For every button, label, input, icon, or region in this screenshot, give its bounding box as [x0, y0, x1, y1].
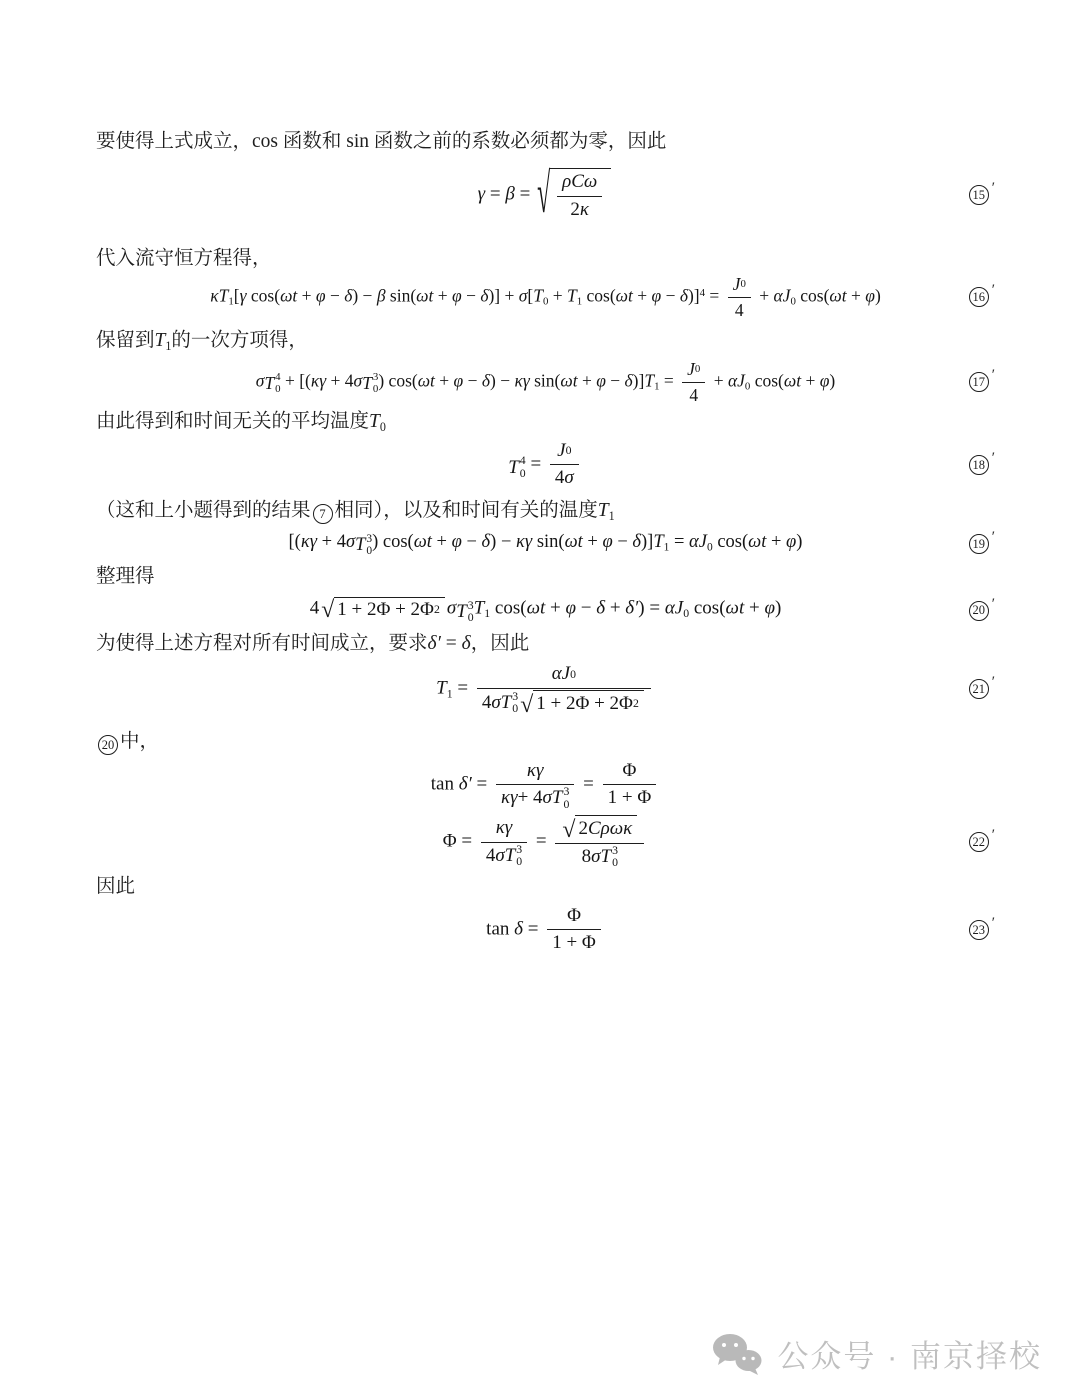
math-text: Φ [567, 904, 581, 929]
prime-mark: ′ [992, 282, 995, 299]
fraction: J04 [728, 273, 751, 322]
math-variable: ρCω [562, 170, 597, 195]
math-text: 4 [486, 844, 496, 869]
math-variable: δ [680, 285, 688, 305]
radicand: 1 + 2Φ + 2Φ2 [533, 690, 644, 717]
math-variable: δ [632, 532, 641, 552]
math-text: 4 [482, 691, 492, 716]
paragraph: 因此 [96, 873, 995, 901]
math-variable: β [377, 285, 386, 305]
numerator: Φ [547, 904, 601, 931]
math-variable: σ [564, 466, 573, 491]
math-text: )] [688, 285, 700, 305]
math-text: 由此得到和时间无关的平均温度 [96, 411, 369, 432]
math-text: cos( [796, 285, 830, 305]
circled-number: 16 [969, 287, 989, 307]
math-variable: ωt [418, 370, 435, 390]
math-variable: φ [764, 598, 775, 619]
subscript: 0 [695, 362, 700, 376]
math-text: 整理得 [96, 566, 155, 587]
base-with-scripts: T30 [601, 845, 618, 870]
math-text: 4 [555, 466, 565, 491]
script-stack: 30 [516, 844, 522, 869]
math-text: − [613, 532, 633, 552]
math-text: = [523, 918, 543, 939]
math-variable: J [557, 439, 565, 464]
math-text: 相同），以及和时间有关的温度 [335, 500, 598, 521]
math-text: = [669, 532, 689, 552]
fraction: J04 [682, 358, 705, 407]
circled-number: 23 [969, 920, 989, 940]
math-variable: κγ [301, 532, 317, 552]
math-variable: σ [495, 844, 504, 869]
math-text: ) − [352, 285, 376, 305]
subscript: 0 [566, 443, 572, 458]
math-text: + [433, 285, 452, 305]
math-variable: ωt [280, 285, 297, 305]
math-variable: φ [652, 285, 662, 305]
math-text: 1 + 2Φ + 2Φ [536, 692, 633, 717]
math-text: （这和上小题得到的结果 [96, 500, 311, 521]
circled-number: 18 [969, 455, 989, 475]
math-variable: T [601, 845, 612, 870]
math-variable: αJ [665, 598, 683, 619]
math-text: ) cos( [378, 370, 417, 390]
math-text: ) [775, 598, 781, 619]
math-variable: κγ [514, 370, 529, 390]
math-variable: J [733, 273, 741, 296]
math-variable: ωt [616, 285, 633, 305]
paragraph: 20中， [96, 728, 995, 756]
circled-number: 20 [969, 601, 989, 621]
radical-sign: √ [562, 815, 575, 842]
math-variable: δ [462, 633, 471, 654]
fraction: κγκγ + 4σT30 [496, 759, 574, 811]
prime-mark: ′ [992, 450, 995, 467]
math-text: + [297, 285, 316, 305]
math-text: + [( [281, 370, 311, 390]
square-root: √2Cρωκ [562, 815, 637, 842]
math-variable: T [533, 285, 543, 305]
math-text: = [526, 453, 546, 474]
math-text: = [705, 285, 724, 305]
equation-number: 16′ [967, 287, 995, 307]
math-text: + [709, 370, 728, 390]
math-variable: T [598, 500, 609, 521]
math-variable: T [456, 601, 467, 623]
fraction: ρCω2κ [557, 170, 602, 222]
math-variable: ωt [560, 370, 577, 390]
denominator: 1 + Φ [547, 930, 601, 956]
numerator: √2Cρωκ [555, 815, 644, 844]
math-text: 中， [120, 731, 159, 752]
math-text: + [583, 532, 603, 552]
math-text: 4 [310, 598, 320, 619]
equation-number: 20′ [967, 601, 995, 621]
equation-row: Φ = κγ4σT30 = √2Cρωκ8σT3022′ [96, 815, 995, 869]
math-variable: ωt [527, 598, 546, 619]
equation-row: σT40 + [(κγ + 4σT30) cos(ωt + φ − δ) − κ… [96, 358, 995, 407]
math-text: 1 + Φ [552, 931, 596, 956]
math-variable: σ [543, 786, 552, 811]
equation: tan δ = Φ1 + Φ [486, 904, 605, 956]
math-text: )] [633, 370, 645, 390]
math-text: )] [641, 532, 653, 552]
equation-row: tan δ′ = κγκγ + 4σT30 = Φ1 + Φ [96, 759, 995, 811]
math-text: 因此 [96, 876, 135, 897]
math-variable: σ [491, 691, 500, 716]
math-variable: T [653, 532, 663, 552]
math-variable: κ [580, 198, 589, 223]
superscript: 2 [633, 696, 639, 711]
circled-number: 7 [313, 504, 333, 524]
math-text: Φ [622, 759, 636, 784]
equation: κT1[γ cos(ωt + φ − δ) − β sin(ωt + φ − δ… [210, 273, 881, 322]
math-text: 2 [570, 198, 580, 223]
math-variable: δ′ [459, 773, 472, 794]
math-variable: φ [786, 532, 796, 552]
math-text: + 4 [317, 532, 346, 552]
circled-number: 15 [969, 185, 989, 205]
prime-mark: ′ [992, 367, 995, 384]
math-text: + [847, 285, 866, 305]
math-text: cos( [713, 532, 748, 552]
math-variable: T [355, 535, 365, 556]
equation: γ = β = √ρCω2κ [478, 168, 614, 222]
math-variable: T [362, 373, 372, 394]
math-text: ) [796, 532, 802, 552]
math-variable: φ [596, 370, 606, 390]
math-variable: ωt [784, 370, 801, 390]
math-variable: δ [482, 532, 491, 552]
script-stack: 30 [512, 691, 518, 716]
subscript: 0 [516, 856, 522, 868]
subscript: 0 [570, 667, 576, 682]
equation: 4√1 + 2Φ + 2Φ2σT30T1 cos(ωt + φ − δ + δ′… [310, 597, 782, 624]
paragraph: 保留到T1的一次方项得， [96, 327, 995, 355]
fraction: Φ1 + Φ [547, 904, 601, 956]
math-variable: ωt [414, 532, 432, 552]
fraction: √2Cρωκ8σT30 [555, 815, 644, 869]
numerator: αJ0 [477, 662, 651, 689]
square-root: √ρCω2κ [537, 168, 611, 222]
math-text: = [578, 773, 598, 794]
math-text: sin( [386, 285, 417, 305]
fraction: αJ04σT30√1 + 2Φ + 2Φ2 [477, 662, 651, 716]
numerator: κγ [481, 816, 527, 843]
math-text: + [578, 370, 597, 390]
paragraph: 整理得 [96, 563, 995, 591]
radical-sign: √ [537, 95, 550, 223]
math-text: 4 [689, 384, 698, 407]
math-text: 2 [578, 817, 588, 842]
denominator: 4σT30√1 + 2Φ + 2Φ2 [477, 689, 651, 717]
equation-number: 18′ [967, 455, 995, 475]
base-with-scripts: T30 [501, 691, 518, 716]
math-text: + [755, 285, 774, 305]
circled-number: 19 [969, 534, 989, 554]
math-text: tan [486, 918, 514, 939]
math-variable: δ′ [428, 633, 441, 654]
math-text: + [548, 285, 567, 305]
equation: Φ = κγ4σT30 = √2Cρωκ8σT30 [443, 815, 649, 869]
math-text: = [472, 773, 492, 794]
math-text: 为使得上述方程对所有时间成立，要求 [96, 633, 428, 654]
math-text: + 4 [326, 370, 353, 390]
math-text: − [463, 370, 482, 390]
math-text: )] + [488, 285, 518, 305]
fraction: κγ4σT30 [481, 816, 527, 868]
radicand: ρCω2κ [550, 168, 611, 222]
math-variable: ωt [416, 285, 433, 305]
equation-number: 21′ [967, 679, 995, 699]
superscript: 2 [434, 603, 440, 617]
math-text: + [545, 598, 565, 619]
math-text: − [462, 285, 481, 305]
math-variable: σ [354, 370, 363, 390]
math-text: 1 + Φ [608, 786, 652, 811]
math-text: Φ = [443, 831, 477, 852]
equation: σT40 + [(κγ + 4σT30) cos(ωt + φ − δ) − κ… [256, 358, 835, 407]
math-variable: κγ [496, 816, 513, 841]
math-variable: T [474, 598, 485, 619]
denominator: κγ + 4σT30 [496, 785, 574, 811]
math-variable: T [501, 691, 512, 716]
math-text: + [744, 598, 764, 619]
math-text: cos( [490, 598, 526, 619]
math-text: ) − [490, 532, 516, 552]
math-variable: σ [447, 598, 456, 619]
fraction: Φ1 + Φ [603, 759, 657, 811]
math-text: cos( [689, 598, 725, 619]
numerator: J0 [728, 273, 751, 298]
equation-number: 15′ [967, 185, 995, 205]
equation: tan δ′ = κγκγ + 4σT30 = Φ1 + Φ [431, 759, 660, 811]
math-text: ，因此 [471, 633, 530, 654]
math-text: + [435, 370, 454, 390]
math-text: 4 [735, 299, 744, 322]
paragraph: 代入流守恒方程得， [96, 245, 995, 273]
math-text: + [633, 285, 652, 305]
math-text: + 4 [518, 786, 543, 811]
math-text: = [515, 184, 535, 205]
math-variable: T [264, 373, 274, 394]
subscript: 0 [612, 857, 618, 869]
equation-row: κT1[γ cos(ωt + φ − δ) − β sin(ωt + φ − δ… [96, 273, 995, 322]
numerator: ρCω [557, 170, 602, 197]
denominator: 1 + Φ [603, 785, 657, 811]
math-variable: β [505, 184, 514, 205]
numerator: J0 [682, 358, 705, 383]
math-variable: αJ [774, 285, 791, 305]
numerator: J0 [550, 439, 579, 466]
math-variable: δ [625, 370, 633, 390]
math-variable: δ [514, 918, 523, 939]
math-variable: T [369, 411, 380, 432]
prime-mark: ′ [992, 827, 995, 844]
math-variable: T [155, 330, 166, 351]
math-text: 要使得上式成立，cos 函数和 sin 函数之前的系数必须都为零，因此 [96, 131, 666, 152]
math-text: sin( [532, 532, 564, 552]
math-text: tan [431, 773, 459, 794]
denominator: 4 [728, 298, 751, 322]
math-variable: T [567, 285, 577, 305]
base-with-scripts: T30 [552, 786, 569, 811]
math-text: sin( [530, 370, 561, 390]
math-variable: κγ [311, 370, 326, 390]
square-root: √1 + 2Φ + 2Φ2 [520, 690, 644, 717]
math-text: = [659, 370, 678, 390]
equation-row: T1 = αJ04σT30√1 + 2Φ + 2Φ221′ [96, 662, 995, 716]
wechat-icon [711, 1332, 763, 1376]
math-text: cos( [750, 370, 784, 390]
paragraph: （这和上小题得到的结果7相同），以及和时间有关的温度T1 [96, 497, 995, 525]
equation-row: γ = β = √ρCω2κ15′ [96, 168, 995, 222]
math-variable: φ [865, 285, 875, 305]
base-with-scripts: T40 [264, 372, 280, 395]
math-text: 的一次方项得， [171, 330, 308, 351]
math-text: − [661, 285, 680, 305]
math-text: − [576, 598, 596, 619]
superscript: 3 [564, 786, 570, 798]
math-variable: δ [482, 370, 490, 390]
prime-mark: ′ [992, 915, 995, 932]
math-text: 保留到 [96, 330, 155, 351]
math-variable: αJ [728, 370, 745, 390]
math-variable: γ [240, 285, 247, 305]
math-text: − [326, 285, 345, 305]
math-variable: αJ [552, 662, 570, 687]
math-text: + [432, 532, 452, 552]
equation-number: 17′ [967, 372, 995, 392]
math-variable: κγ [501, 786, 518, 811]
math-variable: ωt [565, 532, 583, 552]
prime-mark: ′ [992, 674, 995, 691]
math-text: + [801, 370, 820, 390]
denominator: 2κ [557, 197, 602, 223]
math-variable: κT [210, 285, 228, 305]
denominator: 8σT30 [555, 844, 644, 870]
math-variable: δ′ [625, 598, 638, 619]
math-text: 代入流守恒方程得， [96, 248, 272, 269]
math-text: cos( [247, 285, 281, 305]
circled-number: 21 [969, 679, 989, 699]
math-variable: T [552, 786, 563, 811]
document-content: 要使得上式成立，cos 函数和 sin 函数之前的系数必须都为零，因此γ = β… [96, 128, 995, 956]
math-text: 8 [582, 845, 592, 870]
math-text: 1 + 2Φ + 2Φ [337, 599, 434, 621]
numerator: Φ [603, 759, 657, 786]
subscript: 1 [609, 509, 615, 523]
math-text: ) − [490, 370, 514, 390]
script-stack: 30 [612, 845, 618, 870]
paragraph: 由此得到和时间无关的平均温度T0 [96, 408, 995, 436]
equation-row: tan δ = Φ1 + Φ23′ [96, 904, 995, 956]
equation-row: 4√1 + 2Φ + 2Φ2σT30T1 cos(ωt + φ − δ + δ′… [96, 594, 995, 628]
math-text: = [441, 633, 462, 654]
equation: T40 = J04σ [508, 439, 583, 491]
square-root: √1 + 2Φ + 2Φ2 [321, 597, 445, 621]
base-with-scripts: T30 [362, 372, 378, 395]
math-variable: κγ [516, 532, 532, 552]
math-variable: φ [452, 532, 462, 552]
math-variable: φ [316, 285, 326, 305]
math-variable: σ [256, 370, 265, 390]
math-variable: δ [596, 598, 605, 619]
radicand: 2Cρωκ [575, 815, 637, 842]
base-with-scripts: T40 [508, 455, 525, 480]
watermark-text: 公众号 · 南京择校 [777, 1331, 1042, 1376]
prime-mark: ′ [992, 529, 995, 546]
math-text: ) [875, 285, 881, 305]
equation-number: 22′ [967, 832, 995, 852]
math-variable: ωt [829, 285, 846, 305]
math-variable: φ [452, 285, 462, 305]
circled-number: 22 [969, 832, 989, 852]
subscript: 0 [740, 277, 745, 291]
prime-mark: ′ [992, 596, 995, 613]
math-variable: φ [454, 370, 464, 390]
base-with-scripts: T30 [505, 844, 522, 869]
math-text: + [766, 532, 786, 552]
math-text: − [606, 370, 625, 390]
watermark: 公众号 · 南京择校 [711, 1331, 1042, 1376]
math-text: [( [289, 532, 301, 552]
subscript: 0 [564, 799, 570, 811]
radical-sign: √ [520, 690, 533, 717]
math-text: + [605, 598, 625, 619]
math-variable: σ [591, 845, 600, 870]
math-text: − [462, 532, 482, 552]
equation: [(κγ + 4σT30) cos(ωt + φ − δ) − κγ sin(ω… [289, 532, 803, 558]
math-variable: ωt [748, 532, 766, 552]
math-variable: Cρωκ [588, 817, 632, 842]
base-with-scripts: T30 [456, 600, 473, 625]
math-text: cos( [582, 285, 616, 305]
denominator: 4σT30 [481, 843, 527, 869]
script-stack: 30 [564, 786, 570, 811]
math-variable: φ [602, 532, 612, 552]
math-variable: J [687, 358, 695, 381]
denominator: 4 [682, 383, 705, 407]
circled-number: 17 [969, 372, 989, 392]
equation-number: 23′ [967, 920, 995, 940]
prime-mark: ′ [992, 180, 995, 197]
paragraph: 为使得上述方程对所有时间成立，要求δ′ = δ，因此 [96, 630, 995, 658]
math-text: = [485, 184, 505, 205]
equation-row: [(κγ + 4σT30) cos(ωt + φ − δ) − κγ sin(ω… [96, 527, 995, 561]
circled-number: 20 [98, 735, 118, 755]
subscript: 0 [380, 420, 386, 434]
numerator: κγ [496, 759, 574, 786]
math-variable: αJ [689, 532, 707, 552]
math-variable: σ [346, 532, 355, 552]
math-text: ) cos( [372, 532, 414, 552]
math-variable: φ [565, 598, 576, 619]
fraction: J04σ [550, 439, 579, 491]
math-text: ) [829, 370, 835, 390]
equation: T1 = αJ04σT30√1 + 2Φ + 2Φ2 [436, 662, 655, 716]
math-variable: κγ [527, 759, 544, 784]
radicand: 1 + 2Φ + 2Φ2 [334, 597, 445, 621]
equation-row: T40 = J04σ18′ [96, 439, 995, 491]
base-with-scripts: T30 [355, 533, 372, 557]
equation-number: 19′ [967, 534, 995, 554]
math-text: = [453, 678, 473, 699]
math-variable: ωt [726, 598, 745, 619]
math-variable: T [644, 370, 654, 390]
math-text: = [531, 831, 551, 852]
